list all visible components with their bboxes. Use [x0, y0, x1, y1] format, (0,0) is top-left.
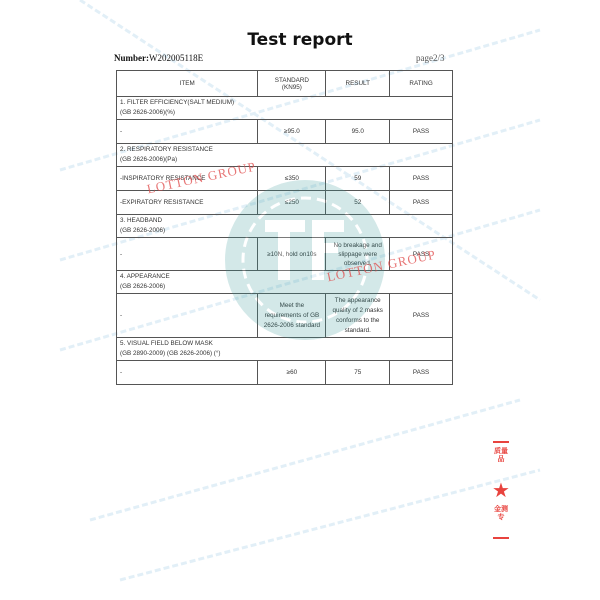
cell-result: 52	[326, 191, 390, 215]
stamp-bar-bottom	[493, 537, 509, 539]
table-row: - ≥95.0 95.0 PASS	[117, 120, 453, 144]
col-header-standard: STANDARD(KN95)	[258, 71, 326, 97]
cell-standard: ≤350	[258, 167, 326, 191]
table-row: -EXPIRATORY RESISTANCE ≤250 52 PASS	[117, 191, 453, 215]
cell-rating: PASS	[390, 294, 453, 338]
cell-item: -	[117, 120, 258, 144]
section-row: 3. HEADBAND(GB 2626-2006)	[117, 215, 453, 238]
table-row: - Meet the requirements of GB 2626-2006 …	[117, 294, 453, 338]
table-row: -INSPIRATORY RESISTANCE ≤350 59 PASS	[117, 167, 453, 191]
cell-rating: PASS	[390, 191, 453, 215]
cell-rating: PASS	[390, 361, 453, 385]
col-header-result: RESULT	[326, 71, 390, 97]
cell-item: -	[117, 361, 258, 385]
cell-standard: ≥10N, hold on10s	[258, 238, 326, 271]
col-header-item: ITEM	[117, 71, 258, 97]
table-header-row: ITEM STANDARD(KN95) RESULT RATING	[117, 71, 453, 97]
cell-result: 75	[326, 361, 390, 385]
cell-item: -	[117, 238, 258, 271]
section-row: 5. VISUAL FIELD BELOW MASK(GB 2890-2009)…	[117, 338, 453, 361]
col-header-rating: RATING	[390, 71, 453, 97]
table-row: - ≥10N, hold on10s No breakage and slipp…	[117, 238, 453, 271]
report-number-value: W202005118E	[149, 53, 203, 63]
report-number-label: Number:	[114, 53, 149, 63]
cell-rating: PASS	[390, 238, 453, 271]
star-icon: ★	[490, 481, 512, 501]
section-title: 5. VISUAL FIELD BELOW MASK(GB 2890-2009)…	[117, 338, 453, 361]
cell-result: The appearance quality of 2 masks confor…	[326, 294, 390, 338]
cell-rating: PASS	[390, 120, 453, 144]
cell-standard: Meet the requirements of GB 2626-2006 st…	[258, 294, 326, 338]
cell-result: 59	[326, 167, 390, 191]
section-title: 4. APPEARANCE(GB 2626-2006)	[117, 271, 453, 294]
results-table: ITEM STANDARD(KN95) RESULT RATING 1. FIL…	[116, 70, 453, 385]
section-row: 2. RESPIRATORY RESISTANCE(GB 2626-2006)(…	[117, 144, 453, 167]
cell-rating: PASS	[390, 167, 453, 191]
table-row: - ≥60 75 PASS	[117, 361, 453, 385]
cell-standard: ≥95.0	[258, 120, 326, 144]
section-title: 2. RESPIRATORY RESISTANCE(GB 2626-2006)(…	[117, 144, 453, 167]
stamp-top-text: 质量品	[492, 447, 510, 463]
inspection-seal-stamp: 质量品 ★ 金测专	[490, 441, 512, 541]
stamp-bar-top	[493, 441, 509, 443]
cell-item: -EXPIRATORY RESISTANCE	[117, 191, 258, 215]
cell-standard: ≥60	[258, 361, 326, 385]
section-title: 3. HEADBAND(GB 2626-2006)	[117, 215, 453, 238]
report-title: Test report	[0, 30, 600, 50]
section-row: 1. FILTER EFFICIENCY(SALT MEDIUM)(GB 262…	[117, 97, 453, 120]
cell-item: -	[117, 294, 258, 338]
cell-item: -INSPIRATORY RESISTANCE	[117, 167, 258, 191]
cell-result: 95.0	[326, 120, 390, 144]
section-row: 4. APPEARANCE(GB 2626-2006)	[117, 271, 453, 294]
section-title: 1. FILTER EFFICIENCY(SALT MEDIUM)(GB 262…	[117, 97, 453, 120]
report-number: Number:W202005118E	[114, 53, 203, 63]
stamp-bottom-text: 金测专	[492, 505, 510, 521]
page-indicator: page2/3	[416, 53, 445, 63]
cell-result: No breakage and slippage were observed.	[326, 238, 390, 271]
cell-standard: ≤250	[258, 191, 326, 215]
